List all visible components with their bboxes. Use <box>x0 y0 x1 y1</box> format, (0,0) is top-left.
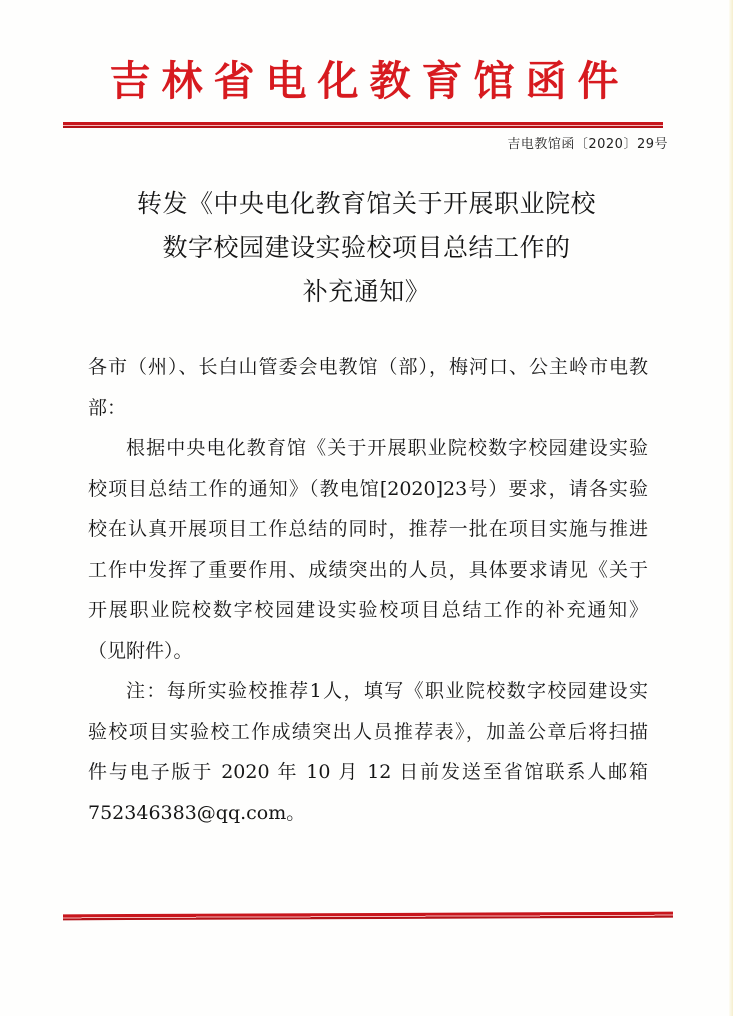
scan-edge-shadow <box>729 0 733 1016</box>
salutation-line: 各市（州）、长白山管委会电教馆（部），梅河口、公主岭市电教 <box>88 347 648 388</box>
document-number: 吉电教馆函〔2020〕29号 <box>507 133 668 152</box>
salutation-line: 部： <box>88 388 648 429</box>
subject-line: 数字校园建设实验校项目总结工作的 <box>0 226 733 270</box>
paragraph-1-line: 校项目总结工作的通知》（教电馆[2020]23号）要求，请各实验 <box>88 469 648 510</box>
paragraph-1-line: 根据中央电化教育馆《关于开展职业院校数字校园建设实验 <box>88 428 648 469</box>
paragraph-1-line: （见附件）。 <box>88 631 648 672</box>
subject-line: 补充通知》 <box>0 270 733 314</box>
paragraph-1-line: 校在认真开展项目工作总结的同时，推荐一批在项目实施与推进 <box>88 509 648 550</box>
paragraph-2-email-line: 752346383@qq.com。 <box>88 793 648 834</box>
body-text: 各市（州）、长白山管委会电教馆（部），梅河口、公主岭市电教 部： 根据中央电化教… <box>88 347 648 833</box>
masthead-title: 吉林省电化教育馆函件 <box>0 56 733 106</box>
footer-red-rule <box>63 912 673 921</box>
header-red-rule <box>63 122 663 128</box>
paragraph-2-line: 件与电子版于 2020 年 10 月 12 日前发送至省馆联系人邮箱 <box>88 752 648 793</box>
subject-line: 转发《中央电化教育馆关于开展职业院校 <box>0 182 733 226</box>
document-page: 吉林省电化教育馆函件 吉电教馆函〔2020〕29号 转发《中央电化教育馆关于开展… <box>0 0 733 1016</box>
paragraph-1-line: 工作中发挥了重要作用、成绩突出的人员，具体要求请见《关于 <box>88 550 648 591</box>
paragraph-2-line: 验校项目实验校工作成绩突出人员推荐表》，加盖公章后将扫描 <box>88 712 648 753</box>
paragraph-2-line: 注：每所实验校推荐1人，填写《职业院校数字校园建设实 <box>88 671 648 712</box>
paragraph-1-line: 开展职业院校数字校园建设实验校项目总结工作的补充通知》 <box>88 590 648 631</box>
subject-title: 转发《中央电化教育馆关于开展职业院校 数字校园建设实验校项目总结工作的 补充通知… <box>0 182 733 314</box>
